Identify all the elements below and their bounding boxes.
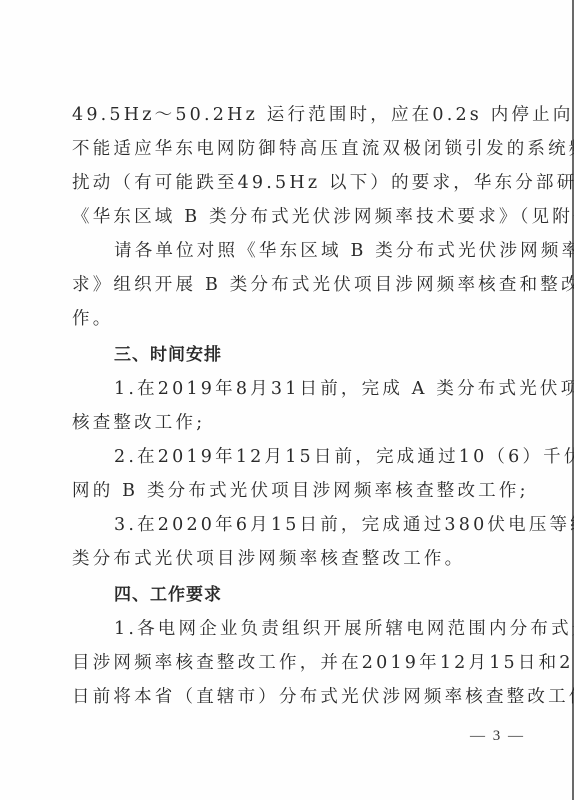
text-line: 3.在2020年6月15日前，完成通过380伏电压等级并网的 B — [72, 508, 508, 542]
schedule-item-1: 1.在2019年8月31日前，完成 A 类分布式光伏项目涉网频率 核查整改工作; — [72, 372, 508, 440]
page-number: — 3 — — [470, 728, 525, 745]
schedule-item-3: 3.在2020年6月15日前，完成通过380伏电压等级并网的 B 类分布式光伏项… — [72, 508, 508, 576]
section-heading-requirements: 四、工作要求 — [72, 578, 508, 612]
paragraph-frequency-background: 49.5Hz～50.2Hz 运行范围时，应在0.2s 内停止向电网供电”） 不能… — [72, 98, 508, 234]
text-line: 2.在2019年12月15日前，完成通过10（6）千伏电压等级并 — [72, 440, 508, 474]
requirement-item-1: 1.各电网企业负责组织开展所辖电网范围内分布式光伏项 目涉网频率核查整改工作，并… — [72, 612, 508, 714]
text-line: 求》组织开展 B 类分布式光伏项目涉网频率核查和整改提升工 — [72, 268, 508, 302]
text-line: 49.5Hz～50.2Hz 运行范围时，应在0.2s 内停止向电网供电”） — [72, 98, 508, 132]
schedule-item-2: 2.在2019年12月15日前，完成通过10（6）千伏电压等级并 网的 B 类分… — [72, 440, 508, 508]
text-line: 不能适应华东电网防御特高压直流双极闭锁引发的系统频率大 — [72, 132, 508, 166]
paragraph-units-instruction: 请各单位对照《华东区域 B 类分布式光伏涉网频率技术要 求》组织开展 B 类分布… — [72, 234, 508, 336]
text-line: 《华东区域 B 类分布式光伏涉网频率技术要求》（见附件）。 — [72, 200, 508, 234]
text-line: 扰动（有可能跌至49.5Hz 以下）的要求，华东分部研究提出了 — [72, 166, 508, 200]
text-line: 1.在2019年8月31日前，完成 A 类分布式光伏项目涉网频率 — [72, 372, 508, 406]
text-line: 请各单位对照《华东区域 B 类分布式光伏涉网频率技术要 — [72, 234, 508, 268]
text-line: 类分布式光伏项目涉网频率核查整改工作。 — [72, 542, 508, 576]
text-line: 核查整改工作; — [72, 406, 508, 440]
text-line: 作。 — [72, 302, 508, 336]
section-heading-schedule: 三、时间安排 — [72, 338, 508, 372]
text-line: 网的 B 类分布式光伏项目涉网频率核查整改工作; — [72, 474, 508, 508]
text-line: 日前将本省（直辖市）分布式光伏涉网频率核查整改工作进展 — [72, 680, 508, 714]
text-line: 1.各电网企业负责组织开展所辖电网范围内分布式光伏项 — [72, 612, 508, 646]
text-line: 目涉网频率核查整改工作，并在2019年12月15日和2020年6月15 — [72, 646, 508, 680]
document-page: 49.5Hz～50.2Hz 运行范围时，应在0.2s 内停止向电网供电”） 不能… — [72, 98, 508, 714]
